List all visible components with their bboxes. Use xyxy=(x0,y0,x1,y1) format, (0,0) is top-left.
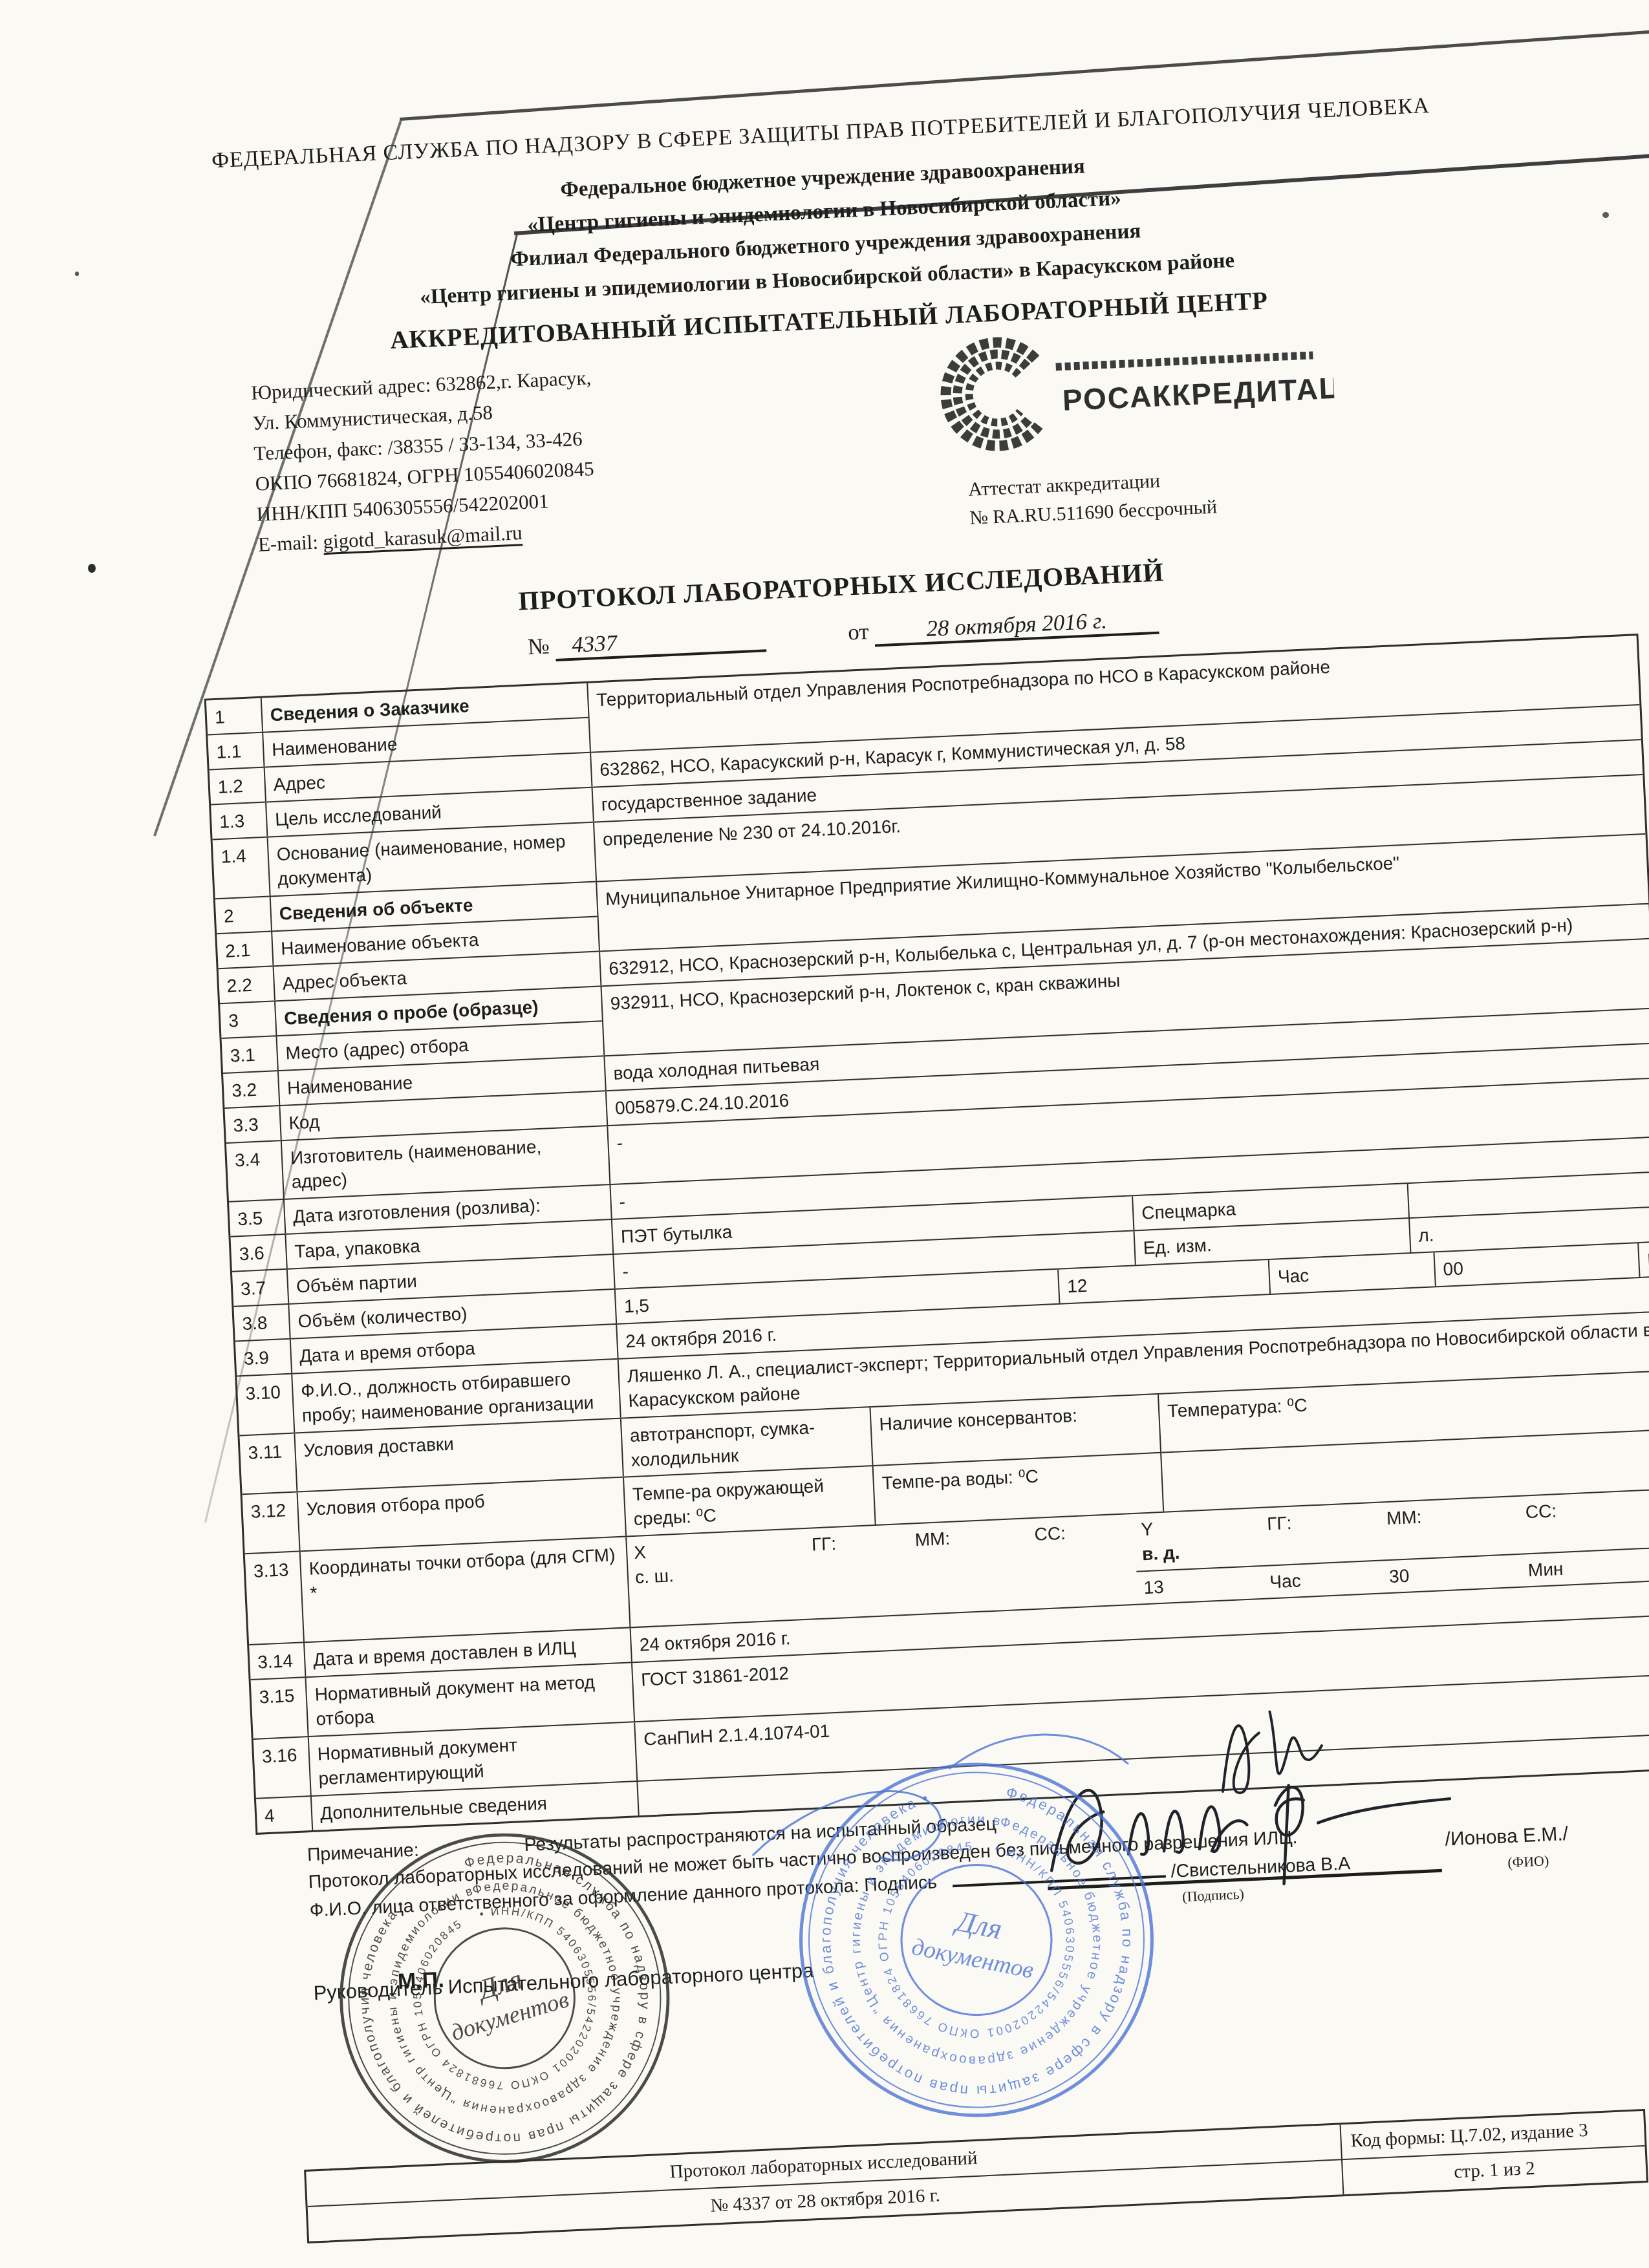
executor-name: /Ионова Е.М./ xyxy=(1445,1823,1569,1851)
email-value: gigotd_karasuk@mail.ru xyxy=(323,521,523,555)
row-label: Координаты точки отбора (для СГМ) * xyxy=(299,1537,630,1642)
row-num: 1.2 xyxy=(210,768,265,804)
row-num: 3.1 xyxy=(221,1035,277,1073)
row-num: 3.9 xyxy=(235,1340,291,1376)
cell-hour-label: Час xyxy=(1262,1559,1383,1598)
row-num: 3 xyxy=(220,1001,275,1038)
protocol-no-value: 4337 xyxy=(554,623,766,661)
cell-ss2: СС: xyxy=(1518,1490,1649,1554)
blue-round-stamp: Федеральная служба по надзору в сфере за… xyxy=(755,1719,1197,2161)
row-num: 3.15 xyxy=(251,1678,308,1738)
row-num: 4 xyxy=(256,1797,312,1833)
cell-gg2: ГГ: xyxy=(1260,1503,1382,1565)
row-num: 3.16 xyxy=(253,1737,310,1797)
row-num: 3.4 xyxy=(226,1141,283,1201)
cell-ambient-temp: Темпе-ра окружающей среды: ⁰С xyxy=(624,1466,875,1535)
protocol-date-value: 28 октября 2016 г. xyxy=(874,606,1159,647)
row-num: 1.3 xyxy=(211,803,266,839)
row-num: 2.2 xyxy=(219,967,274,1003)
row-num: 3.10 xyxy=(237,1375,294,1435)
protocol-date-prefix: от xyxy=(847,619,869,645)
email-label: E-mail: xyxy=(257,530,323,556)
stamp-center-text1: Для xyxy=(951,1904,1005,1946)
row-num: 3.2 xyxy=(223,1071,279,1107)
row-num: 3.11 xyxy=(239,1433,296,1493)
rosakkreditaciya-wordmark: РОСАККРЕДИТАЦИЯ xyxy=(1062,369,1337,417)
cell-min-value: 30 xyxy=(1382,1553,1522,1592)
cell-mm2: ММ: xyxy=(1379,1497,1521,1559)
cell-min-label: Мин xyxy=(1521,1546,1649,1587)
row-num: 2.1 xyxy=(217,930,272,968)
cell-delivery: автотранспорт, сумка-холодильник xyxy=(621,1407,872,1477)
row-num: 1 xyxy=(206,698,262,734)
fio-caption: (ФИО) xyxy=(1507,1852,1549,1871)
cell-mm1: ММ: xyxy=(908,1519,1031,1614)
scanned-protocol-page: { "page": {"bg": "#fbf9f4", "ink": "#1d1… xyxy=(0,0,1649,2268)
row-num: 1.1 xyxy=(208,732,263,769)
org-contact-block: Юридический адрес: 632862,г. Карасук, Ул… xyxy=(250,348,905,560)
protocol-table: 1 Сведения о Заказчике Территориальный о… xyxy=(204,634,1649,1834)
row-num: 1.4 xyxy=(213,838,270,898)
row-num: 3.14 xyxy=(249,1643,305,1680)
cell-hour-value: 13 xyxy=(1136,1565,1264,1604)
row-num: 3.7 xyxy=(232,1270,288,1306)
protocol-no-label: № xyxy=(527,633,550,659)
stamp-center-text2: документов xyxy=(909,1934,1035,1984)
cell-min-label: Мин xyxy=(1637,1241,1649,1278)
cell-x-lat: Xс. ш. xyxy=(627,1529,808,1627)
accreditation-block: РОСАККРЕДИТАЦИЯ Аттестат аккредитации № … xyxy=(930,303,1430,534)
row-num: 3.3 xyxy=(224,1106,280,1142)
cell-ss1: СС: xyxy=(1028,1514,1138,1609)
cell-gg1: ГГ: xyxy=(804,1524,912,1620)
row-num: 3.12 xyxy=(242,1493,299,1553)
row-num: 3.8 xyxy=(233,1305,289,1341)
rosakkreditaciya-logo-icon: РОСАККРЕДИТАЦИЯ xyxy=(930,306,1337,473)
signature-caption: (Подпись) xyxy=(1182,1886,1245,1905)
row-num: 3.6 xyxy=(231,1235,286,1271)
row-num: 2 xyxy=(215,897,271,933)
row-num: 3.13 xyxy=(245,1552,303,1644)
cell-y-lon: Yв. д. xyxy=(1134,1508,1262,1570)
spacer xyxy=(771,640,843,643)
document-sheet: ФЕДЕРАЛЬНАЯ СЛУЖБА ПО НАДЗОРУ В СФЕРЕ ЗА… xyxy=(19,23,1649,2266)
row-num: 3.5 xyxy=(229,1200,285,1236)
